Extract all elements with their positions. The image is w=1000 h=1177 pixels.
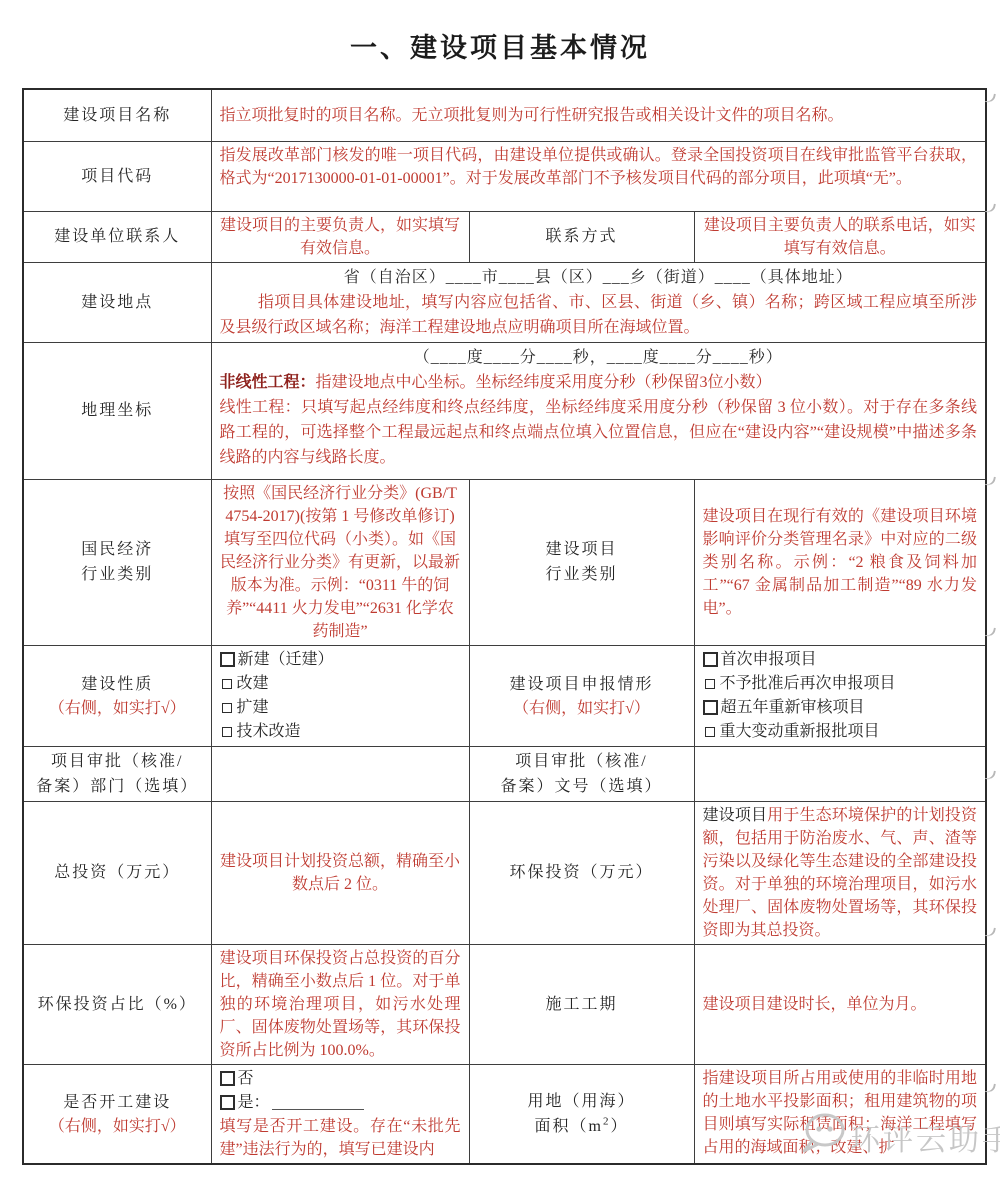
checkbox-technical-renovation [222, 727, 232, 737]
scan-artifact [985, 769, 996, 781]
option-label: 重大变动重新报批项目 [720, 720, 880, 743]
option-not-started: 否 [220, 1067, 461, 1091]
desc-national-economy-category: 按照《国民经济行业分类》(GB/T4754-2017)(按第 1 号修改单修订)… [211, 479, 469, 645]
value-approval-department [211, 746, 469, 801]
note-declaration-situation: （右侧，如实打√） [478, 697, 686, 720]
option-technical-renovation: 技术改造 [220, 720, 461, 744]
row-approval: 项目审批（核准/ 备案）部门（选填） 项目审批（核准/ 备案）文号（选填） [23, 746, 986, 801]
label-environmental-investment: 环保投资（万元） [469, 801, 694, 944]
option-expansion: 扩建 [220, 696, 461, 720]
coordinates-linear-desc: 线性工程：只填写起点经纬度和终点经纬度，坐标经纬度采用度分秒（秒保留 3 位小数… [220, 395, 978, 470]
row-construction-nature: 建设性质 （右侧，如实打√） 新建（迁建） 改建 扩建 技术改造 建设项目申报情… [23, 645, 986, 746]
label-construction-nature: 建设性质 [32, 672, 203, 697]
desc-environmental-investment-lead: 建设项目 [703, 807, 768, 824]
scan-artifact [985, 626, 996, 638]
checkbox-started [220, 1095, 235, 1110]
row-industry-category: 国民经济 行业类别 按照《国民经济行业分类》(GB/T4754-2017)(按第… [23, 479, 986, 645]
desc-environmental-investment-ratio: 建设项目环保投资占总投资的百分比，精确至小数点后 1 位。对于单独的环境治理项目… [211, 944, 469, 1064]
label-construction-started: 是否开工建设 [32, 1090, 203, 1115]
scan-artifact [985, 202, 996, 214]
coordinates-nonlinear-lead: 非线性工程： [220, 374, 316, 391]
option-label: 技术改造 [237, 720, 301, 743]
label-total-investment: 总投资（万元） [23, 801, 211, 944]
option-label: 首次申报项目 [721, 648, 817, 671]
option-started: 是： [220, 1091, 461, 1115]
location-blank-line: 省（自治区）____市____县（区）___乡（街道）____（具体地址） [220, 265, 978, 290]
land-area-paren: ） [610, 1118, 628, 1135]
desc-project-industry-category: 建设项目在现行有效的《建设项目环境影响评价分类管理名录》中对应的二级类别名称。示… [694, 479, 986, 645]
checkbox-expansion [222, 703, 232, 713]
desc-total-investment: 建设项目计划投资总额，精确至小数点后 2 位。 [211, 801, 469, 944]
desc-environmental-investment: 用于生态环境保护的计划投资额，包括用于防治废水、气、声、渣等污染以及绿化等生态建… [703, 807, 978, 939]
checkbox-major-change [705, 727, 715, 737]
chat-bubble-icon [798, 1110, 846, 1164]
option-label: 新建（迁建） [238, 648, 334, 671]
label-national-economy-category: 国民经济 行业类别 [23, 479, 211, 645]
label-location: 建设地点 [23, 262, 211, 342]
label-project-code: 项目代码 [23, 141, 211, 211]
row-investment: 总投资（万元） 建设项目计划投资总额，精确至小数点后 2 位。 环保投资（万元）… [23, 801, 986, 944]
watermark: 环评云助手 [798, 1110, 1000, 1164]
checkbox-redeclare-after-rejection [705, 679, 715, 689]
scan-artifact [985, 1082, 996, 1094]
option-label: 改建 [237, 672, 269, 695]
scan-artifact [985, 475, 996, 487]
desc-project-name: 指立项批复时的项目名称。无立项批复则为可行性研究报告或相关设计文件的项目名称。 [211, 89, 986, 141]
option-label: 超五年重新审核项目 [721, 696, 865, 719]
label-construction-period: 施工工期 [469, 944, 694, 1064]
option-redeclare-after-rejection: 不予批准后再次申报项目 [703, 672, 978, 696]
option-new-construction: 新建（迁建） [220, 648, 461, 672]
desc-construction-started: 填写是否开工建设。存在“未批先建”违法行为的，填写已建设内 [220, 1115, 461, 1161]
project-basic-info-table: 建设项目名称 指立项批复时的项目名称。无立项批复则为可行性研究报告或相关设计文件… [22, 88, 987, 1165]
option-major-change: 重大变动重新报批项目 [703, 720, 978, 744]
coordinates-nonlinear-desc: 指建设地点中心坐标。坐标经纬度采用度分秒（秒保留3位小数） [316, 374, 772, 391]
checkbox-first-declaration [703, 652, 718, 667]
option-reconstruction: 改建 [220, 672, 461, 696]
checkbox-not-started [220, 1071, 235, 1086]
label-environmental-investment-ratio: 环保投资占比（%） [23, 944, 211, 1064]
option-label: 不予批准后再次申报项目 [720, 672, 896, 695]
desc-contact-method: 建设项目主要负责人的联系电话，如实填写有效信息。 [694, 211, 986, 262]
label-contact-method: 联系方式 [469, 211, 694, 262]
option-five-year-review: 超五年重新审核项目 [703, 696, 978, 720]
note-construction-nature: （右侧，如实打√） [32, 697, 203, 720]
land-area-unit: 面积（m [535, 1118, 603, 1135]
checkbox-reconstruction [222, 679, 232, 689]
desc-project-code: 指发展改革部门核发的唯一项目代码，由建设单位提供或确认。登录全国投资项目在线审批… [211, 141, 986, 211]
label-contact-person: 建设单位联系人 [23, 211, 211, 262]
desc-construction-period: 建设项目建设时长，单位为月。 [694, 944, 986, 1064]
label-approval-department: 项目审批（核准/ 备案）部门（选填） [23, 746, 211, 801]
row-project-code: 项目代码 指发展改革部门核发的唯一项目代码，由建设单位提供或确认。登录全国投资项… [23, 141, 986, 211]
desc-contact-person: 建设项目的主要负责人，如实填写有效信息。 [211, 211, 469, 262]
row-project-name: 建设项目名称 指立项批复时的项目名称。无立项批复则为可行性研究报告或相关设计文件… [23, 89, 986, 141]
watermark-text: 环评云助手 [850, 1115, 1000, 1159]
note-construction-started: （右侧，如实打√） [32, 1115, 203, 1138]
desc-location: 指项目具体建设地址，填写内容应包括省、市、区县、街道（乡、镇）名称；跨区域工程应… [220, 290, 978, 340]
row-contact: 建设单位联系人 建设项目的主要负责人，如实填写有效信息。 联系方式 建设项目主要… [23, 211, 986, 262]
started-fill-blank [272, 1095, 364, 1110]
page-title: 一、建设项目基本情况 [0, 26, 1000, 65]
label-land-area-line1: 用地（用海） [478, 1089, 686, 1114]
option-first-declaration: 首次申报项目 [703, 648, 978, 672]
checkbox-five-year-review [703, 700, 718, 715]
scan-artifact [985, 926, 996, 938]
label-approval-number: 项目审批（核准/ 备案）文号（选填） [469, 746, 694, 801]
row-location: 建设地点 省（自治区）____市____县（区）___乡（街道）____（具体地… [23, 262, 986, 342]
option-label: 否 [238, 1067, 254, 1090]
row-investment-ratio: 环保投资占比（%） 建设项目环保投资占总投资的百分比，精确至小数点后 1 位。对… [23, 944, 986, 1064]
option-label: 是： [238, 1091, 270, 1114]
coordinates-blank-line: （____度____分____秒，____度____分____秒） [220, 345, 978, 370]
scan-artifact [985, 92, 996, 104]
value-approval-number [694, 746, 986, 801]
label-land-area-line2: 面积（m2） [478, 1114, 686, 1139]
label-coordinates: 地理坐标 [23, 342, 211, 479]
label-declaration-situation: 建设项目申报情形 [478, 672, 686, 697]
label-project-name: 建设项目名称 [23, 89, 211, 141]
option-label: 扩建 [237, 696, 269, 719]
checkbox-new-construction [220, 652, 235, 667]
row-coordinates: 地理坐标 （____度____分____秒，____度____分____秒） 非… [23, 342, 986, 479]
label-project-industry-category: 建设项目 行业类别 [469, 479, 694, 645]
